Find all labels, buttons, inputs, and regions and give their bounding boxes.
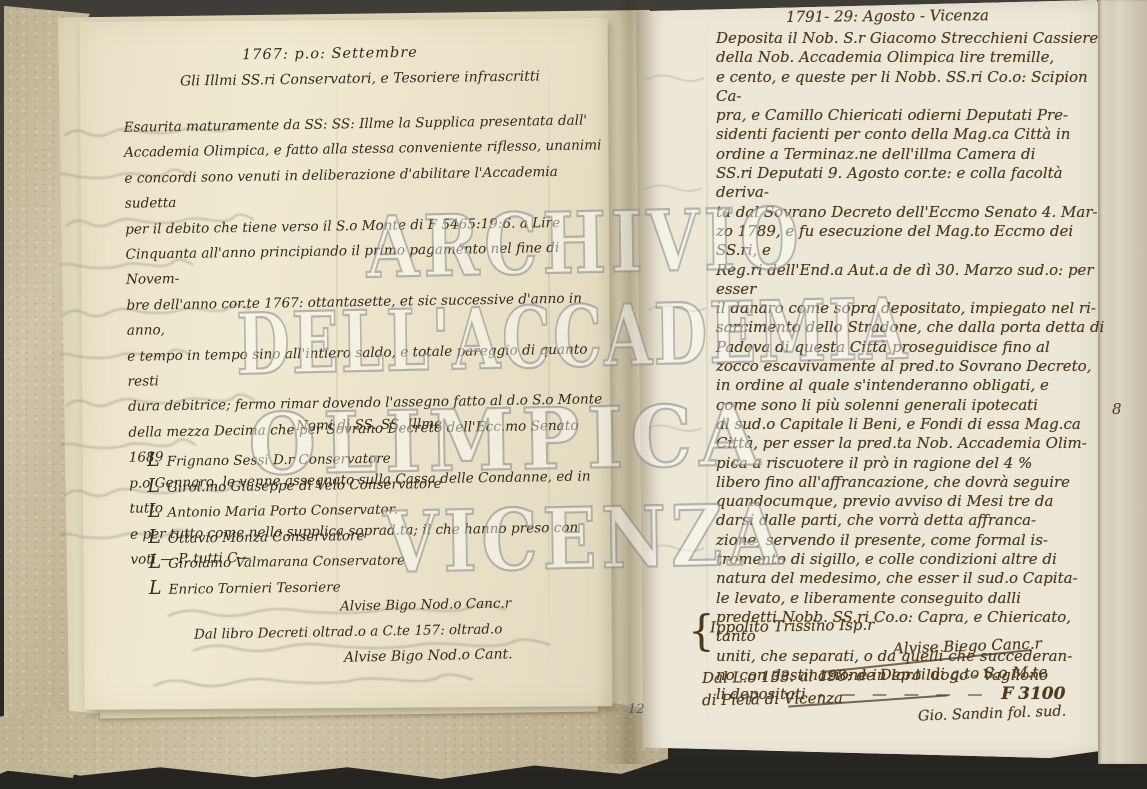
signatory-mark: L <box>148 525 161 547</box>
amount-value: 3100 <box>1018 684 1065 704</box>
manuscript-scan: 1767: p.o: Settembre Gli Illmi SS.ri Con… <box>0 0 1147 789</box>
right-date-heading: 1791- 29: Agosto - Vicenza <box>786 6 989 26</box>
body-line: al sud.o Capitale li Beni, e Fondi di es… <box>716 415 1114 434</box>
body-line: pra, e Camillo Chiericati odierni Deputa… <box>716 106 1114 125</box>
signatory-mark: L <box>148 551 161 573</box>
signatory-name: Enrico Tornieri Tesoriere <box>168 579 340 597</box>
left-date-heading: 1767: p.o: Settembre <box>242 45 418 63</box>
body-line: della Nob. Accademia Olimpica lire tremi… <box>716 48 1114 67</box>
notary-signature-1: Alvise Bigo Nod.o Canc.r <box>340 596 511 615</box>
signatory-name: Girolamo Valmarana Conservatore <box>168 552 405 571</box>
signatory-mark: L <box>147 449 160 471</box>
page-number: 12 <box>628 702 645 717</box>
body-line: come sono li più solenni generali ipotec… <box>716 396 1114 415</box>
signature-ippolito-trissino: Ippolito Trissino Isp.r <box>710 616 875 637</box>
signatory-mark: L <box>149 576 162 598</box>
signatory-name: Ottavio Monza Conservatore <box>168 528 365 547</box>
signatory-mark: L <box>147 474 160 496</box>
watermark-line: DELL'ACCADEMIA <box>236 287 909 387</box>
body-line: e cento, e queste per li Nobb. SS.ri Co.… <box>716 68 1114 107</box>
body-line: sidenti facienti per conto della Mag.ca … <box>716 125 1114 144</box>
watermark-line: OLIMPICA <box>248 393 767 487</box>
body-line: Città, per esser la pred.ta Nob. Accadem… <box>716 434 1114 453</box>
body-line: le levato, e liberamente conseguito dall… <box>716 589 1114 608</box>
amount-currency: F <box>1001 684 1013 704</box>
watermark-line: VICENZA <box>383 493 788 585</box>
signatory-name: Antonio Maria Porto Conservator. <box>167 502 398 521</box>
watermark-line: ARCHIVIO <box>366 196 804 290</box>
signatory-mark: L <box>148 500 161 522</box>
margin-number: 8 <box>1112 400 1122 418</box>
body-line: pica a riscuotere il prò in ragione del … <box>716 454 1114 473</box>
right-register-note-line-2: di Pietà di Vicenza <box>702 689 843 709</box>
body-line: Deposita il Nob. S.r Giacomo Strecchieni… <box>716 29 1114 48</box>
body-line: ordine a Terminaz.ne dell'illma Camera d… <box>716 145 1114 164</box>
amount-dashes: - — — — — — <box>819 685 989 703</box>
